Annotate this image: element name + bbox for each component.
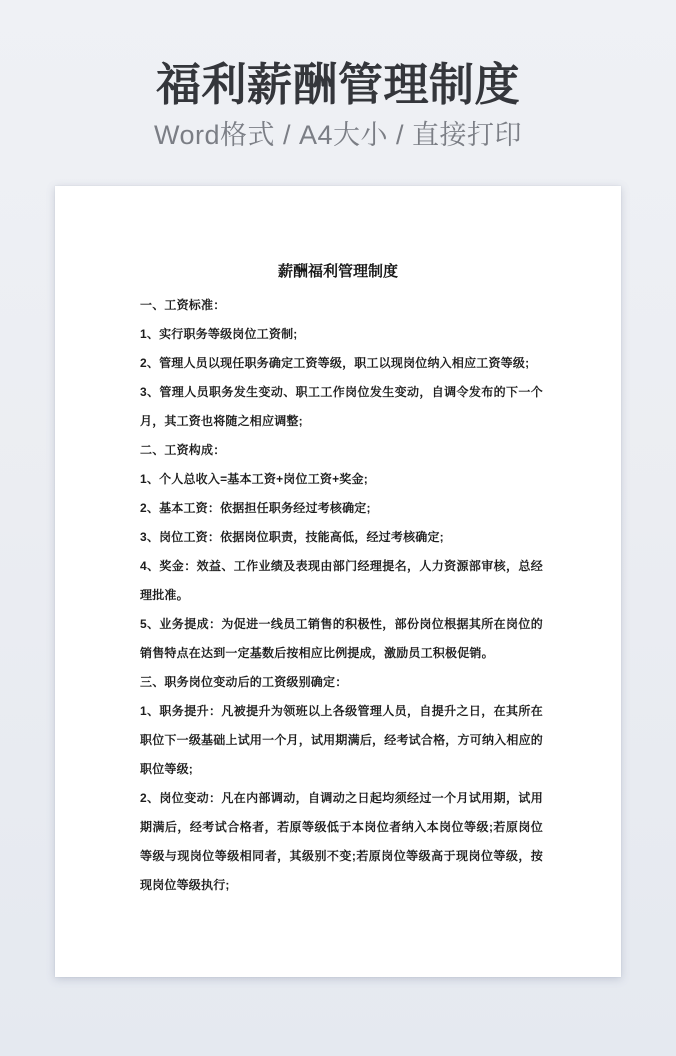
paragraph-item-2-5: 5、业务提成：为促进一线员工销售的积极性，部份岗位根据其所在岗位的销售特点在达到…	[140, 610, 543, 668]
paragraph-item-2-1: 1、个人总收入=基本工资+岗位工资+奖金;	[140, 465, 543, 494]
paragraph-item-2-3: 3、岗位工资：依据岗位职责，技能高低，经过考核确定;	[140, 523, 543, 552]
paragraph-item-3-1: 1、职务提升：凡被提升为领班以上各级管理人员，自提升之日，在其所在职位下一级基础…	[140, 697, 543, 784]
document-body: 一、工资标准： 1、实行职务等级岗位工资制; 2、管理人员以现任职务确定工资等级…	[55, 291, 621, 900]
banner: 福利薪酬管理制度 Word格式 / A4大小 / 直接打印	[0, 0, 676, 151]
paragraph-item-1-2: 2、管理人员以现任职务确定工资等级，职工以现岗位纳入相应工资等级;	[140, 349, 543, 378]
paragraph-item-1-1: 1、实行职务等级岗位工资制;	[140, 320, 543, 349]
paragraph-item-2-2: 2、基本工资：依据担任职务经过考核确定;	[140, 494, 543, 523]
banner-subtitle: Word格式 / A4大小 / 直接打印	[0, 119, 676, 151]
paragraph-item-2-4: 4、奖金：效益、工作业绩及表现由部门经理提名，人力资源部审核，总经理批准。	[140, 552, 543, 610]
banner-title: 福利薪酬管理制度	[0, 58, 676, 112]
paragraph-item-1-3: 3、管理人员职务发生变动、职工工作岗位发生变动，自调令发布的下一个月，其工资也将…	[140, 378, 543, 436]
document-title: 薪酬福利管理制度	[55, 186, 621, 282]
document-page: 薪酬福利管理制度 一、工资标准： 1、实行职务等级岗位工资制; 2、管理人员以现…	[55, 186, 621, 977]
paragraph-heading-1: 一、工资标准：	[140, 291, 543, 320]
template-preview: 福利薪酬管理制度 Word格式 / A4大小 / 直接打印 薪酬福利管理制度 一…	[0, 0, 676, 1056]
paragraph-heading-2: 二、工资构成：	[140, 436, 543, 465]
paragraph-heading-3: 三、职务岗位变动后的工资级别确定：	[140, 668, 543, 697]
paragraph-item-3-2: 2、岗位变动：凡在内部调动，自调动之日起均须经过一个月试用期，试用期满后，经考试…	[140, 784, 543, 900]
